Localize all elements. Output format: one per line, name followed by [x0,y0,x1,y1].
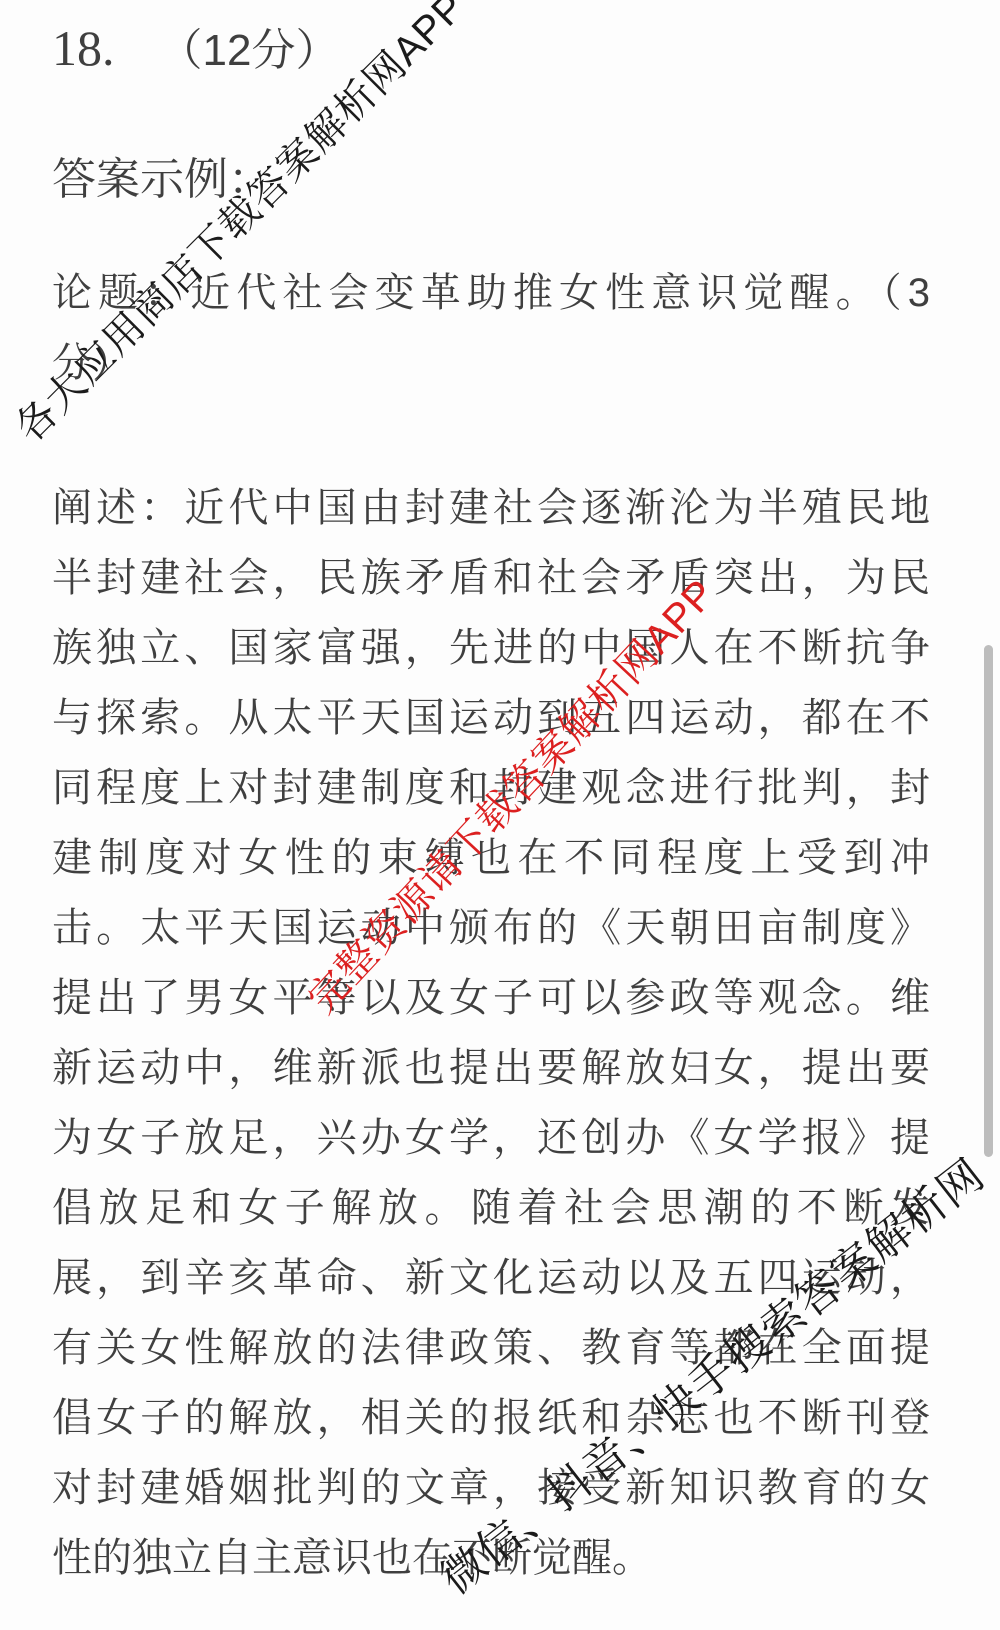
question-number: 18. [52,20,115,76]
thesis-paragraph: 论题：近代社会变革助推女性意识觉醒。（3 分） [52,258,930,398]
elaboration-line: 族独立、国家富强，先进的中国人在不断抗争 [52,613,930,683]
scrollbar-thumb[interactable] [984,645,993,1157]
elaboration-line: 倡女子的解放，相关的报纸和杂志也不断刊登 [52,1383,930,1453]
elaboration-line: 有关女性解放的法律政策、教育等都在全面提 [52,1313,930,1383]
elaboration-line: 新运动中，维新派也提出要解放妇女，提出要 [52,1033,930,1103]
answer-example-label: 答案示例： [52,143,930,207]
elaboration-line: 击。太平天国运动中颁布的《天朝田亩制度》 [52,893,930,963]
elaboration-line: 建制度对女性的束缚也在不同程度上受到冲 [52,823,930,893]
elaboration-line: 半封建社会，民族矛盾和社会矛盾突出，为民 [52,543,930,613]
elaboration-line: 倡放足和女子解放。随着社会思潮的不断发 [52,1173,930,1243]
question-header: 18.（12分） [52,14,930,78]
elaboration-line: 展，到辛亥革命、新文化运动以及五四运动， [52,1243,930,1313]
thesis-line: 分） [52,328,930,398]
elaboration-line: 对封建婚姻批判的文章，接受新知识教育的女 [52,1453,930,1523]
elaboration-paragraph: 阐述：近代中国由封建社会逐渐沦为半殖民地 半封建社会，民族矛盾和社会矛盾突出，为… [52,473,930,1593]
elaboration-line: 性的独立自主意识也在不断觉醒。 [52,1523,930,1593]
elaboration-line: 与探索。从太平天国运动到五四运动，都在不 [52,683,930,753]
thesis-line: 论题：近代社会变革助推女性意识觉醒。（3 [52,258,930,328]
question-score: （12分） [159,26,340,75]
elaboration-line: 提出了男女平等以及女子可以参政等观念。维 [52,963,930,1033]
elaboration-line: 为女子放足，兴办女学，还创办《女学报》提 [52,1103,930,1173]
elaboration-line: 阐述：近代中国由封建社会逐渐沦为半殖民地 [52,473,930,543]
elaboration-line: 同程度上对封建制度和封建观念进行批判，封 [52,753,930,823]
